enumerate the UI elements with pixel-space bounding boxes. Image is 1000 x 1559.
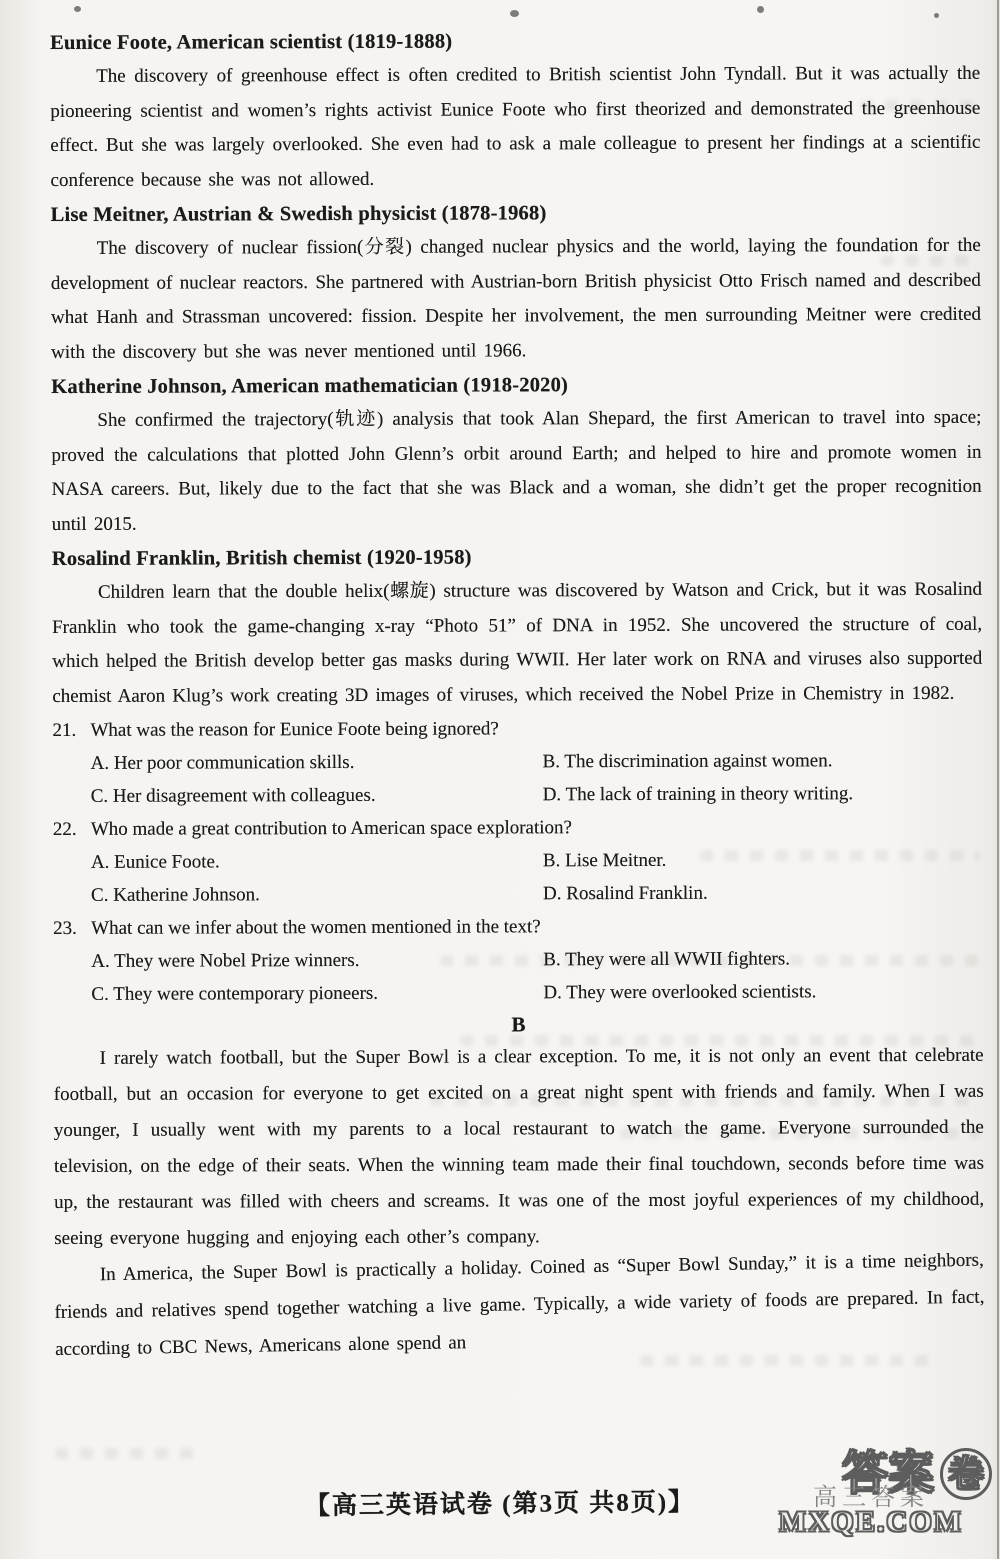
question-23: 23. What can we infer about the women me… — [53, 909, 983, 1011]
option-22-b: B. Lise Meitner. — [543, 843, 983, 878]
scientist-heading-lise-meitner: Lise Meitner, Austrian & Swedish physici… — [51, 195, 981, 232]
scientist-paragraph-katherine-johnson: She confirmed the trajectory(轨迹) analysi… — [51, 401, 981, 542]
option-22-a: A. Eunice Foote. — [91, 844, 543, 879]
option-23-b: B. They were all WWII fighters. — [543, 942, 983, 977]
question-21: 21. What was the reason for Eunice Foote… — [52, 711, 982, 813]
option-22-d: D. Rosalind Franklin. — [543, 876, 983, 911]
scientist-paragraph-eunice-foote: The discovery of greenhouse effect is of… — [50, 57, 980, 198]
question-stem: Who made a great contribution to America… — [91, 811, 572, 846]
watermark: 答案 卷 高三答案 MXQE.COM — [746, 1448, 996, 1537]
option-22-c: C. Katherine Johnson. — [91, 877, 543, 912]
exam-page-scan: Eunice Foote, American scientist (1819-1… — [0, 0, 1000, 1559]
page-content: Eunice Foote, American scientist (1819-1… — [50, 23, 985, 1368]
question-22: 22. Who made a great contribution to Ame… — [53, 810, 983, 912]
option-21-d: D. The lack of training in theory writin… — [543, 777, 983, 812]
scan-speck — [757, 6, 764, 13]
question-number: 23. — [53, 912, 91, 945]
scan-speck — [934, 13, 939, 18]
passage-b-header: B — [53, 1008, 983, 1041]
option-23-a: A. They were Nobel Prize winners. — [91, 943, 543, 978]
option-23-c: C. They were contemporary pioneers. — [91, 976, 543, 1011]
scientist-heading-katherine-johnson: Katherine Johnson, American mathematicia… — [51, 367, 981, 404]
scientist-heading-eunice-foote: Eunice Foote, American scientist (1819-1… — [50, 23, 980, 60]
question-stem: What was the reason for Eunice Foote bei… — [90, 712, 498, 746]
option-21-a: A. Her poor communication skills. — [91, 745, 543, 780]
scan-speck — [74, 6, 81, 12]
passage-b-paragraph-1: I rarely watch football, but the Super B… — [54, 1038, 985, 1257]
scientist-paragraph-rosalind-franklin: Children learn that the double helix(螺旋)… — [52, 573, 982, 714]
option-21-c: C. Her disagreement with colleagues. — [91, 778, 543, 813]
option-21-b: B. The discrimination against women. — [543, 744, 983, 779]
scientist-heading-rosalind-franklin: Rosalind Franklin, British chemist (1920… — [52, 539, 982, 576]
scan-artifact — [55, 1448, 205, 1459]
scientist-paragraph-lise-meitner: The discovery of nuclear fission(分裂) cha… — [51, 229, 981, 370]
questions-section: 21. What was the reason for Eunice Foote… — [52, 711, 983, 1011]
watermark-answer-label: 高三答案 — [746, 1486, 996, 1510]
question-number: 22. — [53, 813, 91, 846]
passage-a: Eunice Foote, American scientist (1819-1… — [50, 23, 982, 714]
scan-speck — [510, 10, 519, 17]
question-stem: What can we infer about the women mentio… — [91, 910, 541, 945]
question-number: 21. — [52, 714, 90, 747]
passage-b: I rarely watch football, but the Super B… — [54, 1038, 985, 1368]
scan-edge-line — [997, 0, 999, 1559]
watermark-site-url: MXQE.COM — [746, 1508, 996, 1537]
passage-b-paragraph-2: In America, the Super Bowl is practicall… — [54, 1242, 986, 1368]
option-23-d: D. They were overlooked scientists. — [543, 975, 983, 1010]
